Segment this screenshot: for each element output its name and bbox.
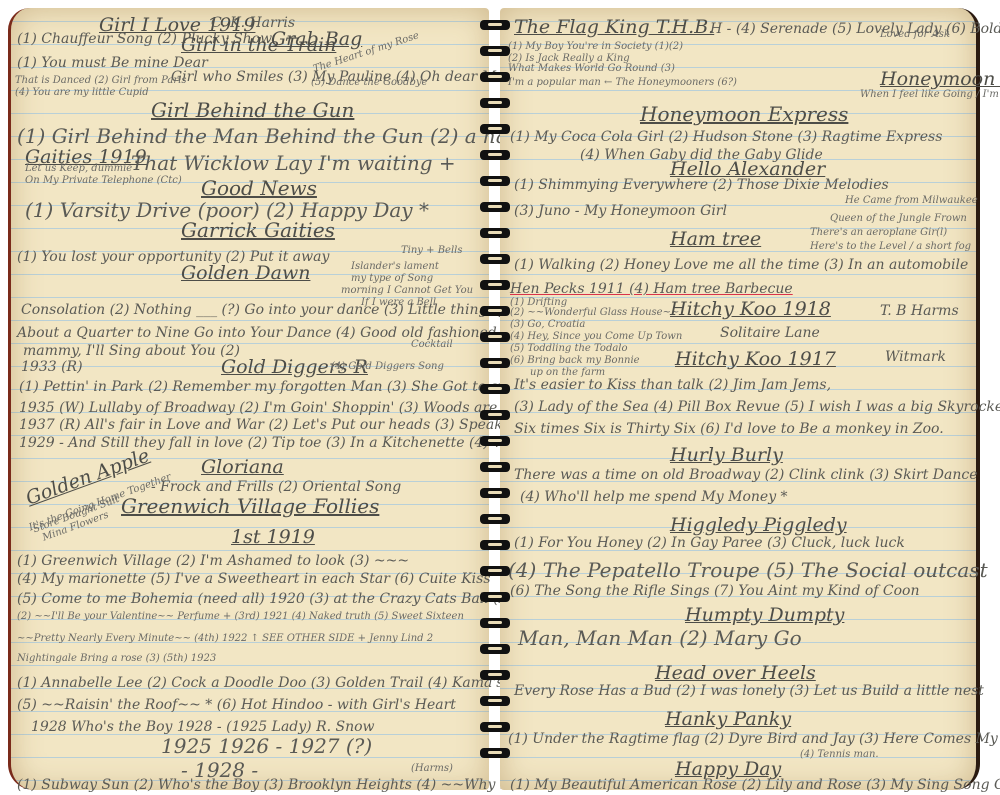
song-line: (5) Toddling the Todalo [510, 344, 628, 354]
song-line: Tiny + Bells [401, 246, 463, 256]
song-line: mammy, I'll Sing about You (2) [23, 344, 240, 358]
show-title: Girl Behind the Gun [151, 100, 354, 120]
spiral-coil [480, 410, 510, 420]
song-line: H - (4) Serenade (5) Lovely Lady (6) Bol… [710, 22, 1000, 36]
song-line: T. B Harms [880, 304, 959, 318]
spiral-coil [480, 670, 510, 680]
song-line: That Wicklow Lay I'm waiting + [131, 153, 456, 173]
spiral-coil [480, 722, 510, 732]
spiral-binding [478, 20, 512, 780]
song-line: (3) Juno - My Honeymoon Girl [514, 204, 727, 218]
song-line: (3) Go, Croatia [510, 320, 585, 330]
spiral-coil [480, 358, 510, 368]
spiral-coil [480, 436, 510, 446]
song-line: He Came from Milwaukee [845, 196, 978, 206]
song-line: Nightingale Bring a rose (3) (5th) 1923 [17, 654, 216, 664]
song-line: Six times Six is Thirty Six (6) I'd love… [514, 422, 944, 436]
song-line: Let us Keep, dummie [25, 164, 132, 174]
song-line: Loved for Ask [880, 30, 950, 40]
song-line: (4) You are my little Cupid [15, 88, 149, 98]
spiral-coil [480, 462, 510, 472]
song-line: That is Danced (2) Girl from Paris [15, 76, 187, 86]
song-line: (3) Lady of the Sea (4) Pill Box Revue (… [514, 400, 1000, 414]
spiral-coil [480, 124, 510, 134]
song-line: (4) Who'll help me spend My Money * [520, 490, 788, 504]
spiral-coil [480, 280, 510, 290]
spiral-coil [480, 72, 510, 82]
show-title: Good News [201, 178, 317, 198]
song-line: (1) My Boy You're in Society (1)(2) [508, 42, 683, 52]
song-line: ~~Pretty Nearly Every Minute~~ (4th) 192… [17, 634, 433, 644]
song-line: Cocktail [411, 340, 453, 350]
song-line: (6) The Song the Rifle Sings (7) You Ain… [510, 584, 920, 598]
show-title: Girl in the Train [181, 36, 336, 55]
song-line: (1) For You Honey (2) In Gay Paree (3) C… [514, 536, 905, 550]
song-line: morning I Cannot Get You [341, 286, 473, 296]
notebook-left-page: Girl I Love 1919C. K. Harris(1) Chauffeu… [8, 8, 489, 790]
show-title: Gloriana [201, 458, 284, 477]
spiral-coil [480, 254, 510, 264]
song-line: Solitaire Lane [720, 326, 820, 340]
spiral-coil [480, 332, 510, 342]
spiral-coil [480, 46, 510, 56]
spiral-coil [480, 150, 510, 160]
spiral-coil [480, 98, 510, 108]
show-title: Hitchy Koo 1917 [675, 350, 836, 369]
spiral-coil [480, 540, 510, 550]
song-line: Man, Man Man (2) Mary Go [518, 628, 802, 648]
song-line: (4) Tennis man. [800, 750, 879, 760]
spiral-coil [480, 306, 510, 316]
spiral-coil [480, 696, 510, 706]
spiral-coil [480, 20, 510, 30]
song-line: my type of Song [351, 274, 433, 284]
show-title: Garrick Gaities [181, 220, 335, 240]
song-line: What Makes World Go Round (3) [508, 64, 675, 74]
song-line: Queen of the Jungle Frown [830, 214, 967, 224]
song-line: Hen Pecks 1911 (4) Ham tree Barbecue [510, 282, 793, 296]
song-line: Witmark [885, 350, 946, 364]
show-title: Golden Dawn [181, 264, 310, 283]
song-line: 1928 Who's the Boy 1928 - (1925 Lady) R.… [31, 720, 375, 734]
notebook-right-page: The Flag King T.H.B.H - (4) Serenade (5)… [500, 8, 980, 790]
song-line: 1933 (R) [21, 360, 83, 374]
show-title: Honeymoon Express [640, 104, 848, 124]
spiral-coil [480, 618, 510, 628]
show-title: Honeymoon Trail [880, 70, 1000, 89]
song-line: (5) ~~Raisin' the Roof~~ * (6) Hot Hindo… [17, 698, 456, 712]
song-line: About a Quarter to Nine Go into Your Dan… [17, 326, 497, 340]
song-line: Every Rose Has a Bud (2) I was lonely (3… [514, 684, 984, 698]
song-line: (1) Greenwich Village (2) I'm Ashamed to… [17, 554, 409, 568]
spiral-coil [480, 514, 510, 524]
song-line: (1) My Coca Cola Girl (2) Hudson Stone (… [510, 130, 942, 144]
song-line: On My Private Telephone (Ctc) [25, 176, 182, 186]
spiral-coil [480, 592, 510, 602]
spiral-coil [480, 384, 510, 394]
song-line: When I feel like Going / I'm Going to St… [860, 90, 1000, 100]
song-line: I'm a popular man ← The Honeymooners (6?… [508, 78, 737, 88]
song-line: (Harms) [411, 764, 453, 774]
song-line: 1925 1926 - 1927 (?) [161, 736, 372, 756]
song-line: (4) Gold Diggers Song [331, 362, 444, 372]
show-title: Ham tree [670, 230, 761, 249]
spiral-coil [480, 748, 510, 758]
song-line: (4) Hey, Since you Come Up Town [510, 332, 682, 342]
song-line: (1) Varsity Drive (poor) (2) Happy Day * [25, 200, 429, 220]
spiral-coil [480, 176, 510, 186]
show-title: Higgledy Piggledy [670, 516, 847, 535]
song-line: (2) ~~I'll Be your Valentine~~ Perfume +… [17, 612, 464, 622]
song-line: Islander's lament [351, 262, 439, 272]
song-line: (4) The Pepatello Troupe (5) The Social … [508, 560, 988, 580]
show-title: The Flag King T.H.B. [514, 18, 714, 37]
song-line: There's an aeroplane Gir(l) [810, 228, 947, 238]
show-title: Hanky Panky [665, 710, 791, 729]
song-line: There was a time on old Broadway (2) Cli… [514, 468, 978, 482]
spiral-coil [480, 566, 510, 576]
spiral-coil [480, 488, 510, 498]
show-title: Head over Heels [655, 664, 816, 683]
song-line: (1) Walking (2) Honey Love me all the ti… [514, 258, 968, 272]
spiral-coil [480, 202, 510, 212]
spiral-coil [480, 644, 510, 654]
song-line: Here's to the Level / a short fog [810, 242, 971, 252]
song-line: (1) My Beautiful American Rose (2) Lily … [510, 778, 1000, 792]
song-line: (5) Dance the Goodbye [311, 78, 427, 88]
song-line: It's easier to Kiss than talk (2) Jim Ja… [514, 378, 831, 392]
song-line: (2) ~~Wonderful Glass House~~ [510, 308, 679, 318]
song-line: (1) Under the Ragtime flag (2) Dyre Bird… [508, 732, 1000, 746]
show-title: Greenwich Village Follies [121, 496, 379, 516]
song-line: (4) My marionette (5) I've a Sweetheart … [17, 572, 491, 586]
song-line: (1) You must Be mine Dear [17, 56, 208, 70]
song-line: (1) Shimmying Everywhere (2) Those Dixie… [514, 178, 889, 192]
show-title: Humpty Dumpty [685, 606, 844, 625]
song-line: - Frock and Frills (2) Oriental Song [151, 480, 401, 494]
spiral-coil [480, 228, 510, 238]
song-line: (6) Bring back my Bonnie [510, 356, 640, 366]
show-title: Hurly Burly [670, 446, 783, 465]
show-title: Hitchy Koo 1918 [670, 300, 831, 319]
show-title: 1st 1919 [231, 528, 315, 547]
